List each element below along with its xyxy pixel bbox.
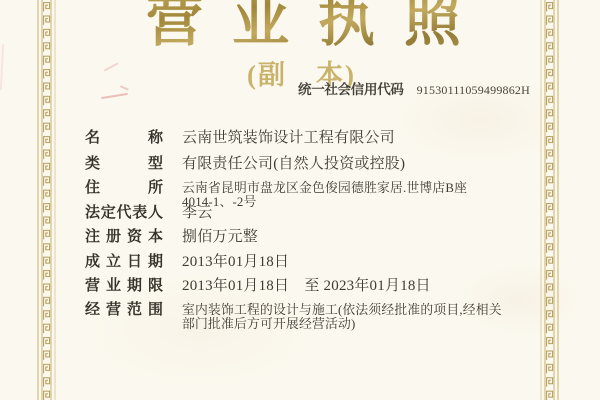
- field-label: 营业期限: [85, 278, 163, 295]
- field-label: 成立日期: [85, 254, 163, 271]
- field-label: 经营范围: [85, 302, 163, 319]
- field-value: 李云: [182, 205, 212, 222]
- field-label: 类型: [85, 156, 163, 173]
- field-label: 名称: [85, 130, 163, 147]
- field-label: 法定代表人: [85, 205, 163, 222]
- field-value: 2013年01月18日 至 2023年01月18日: [182, 278, 431, 295]
- field-row-business-scope: 经营范围 室内装饰工程的设计与施工(依法须经批准的项目,经相关 部门批准后方可开…: [85, 302, 502, 331]
- field-row-establishment-date: 成立日期 2013年01月18日: [85, 254, 289, 271]
- field-row-legal-representative: 法定代表人 李云: [85, 205, 212, 222]
- license-fields: 名称 云南世筑装饰设计工程有限公司 类型 有限责任公司(自然人投资或控股) 住所…: [0, 0, 600, 400]
- business-license-document: 营业执照 (副 本) 统一社会信用代码91530111059499862H 名称…: [0, 0, 600, 400]
- field-row-type: 类型 有限责任公司(自然人投资或控股): [85, 156, 405, 173]
- field-value: 云南世筑装饰设计工程有限公司: [182, 130, 395, 147]
- field-row-registered-capital: 注册资本 捌佰万元整: [85, 229, 258, 246]
- field-label: 住所: [85, 180, 163, 197]
- field-value: 云南省昆明市盘龙区金色俊园德胜家居.世博店B座 4014-1、-2号: [182, 181, 467, 209]
- field-value: 捌佰万元整: [182, 229, 258, 246]
- field-value: 有限责任公司(自然人投资或控股): [182, 156, 405, 173]
- field-value: 2013年01月18日: [182, 254, 289, 271]
- field-row-name: 名称 云南世筑装饰设计工程有限公司: [85, 130, 395, 147]
- field-row-business-term: 营业期限 2013年01月18日 至 2023年01月18日: [85, 278, 431, 295]
- field-label: 注册资本: [85, 229, 163, 246]
- field-value: 室内装饰工程的设计与施工(依法须经批准的项目,经相关 部门批准后方可开展经营活动…: [182, 303, 502, 331]
